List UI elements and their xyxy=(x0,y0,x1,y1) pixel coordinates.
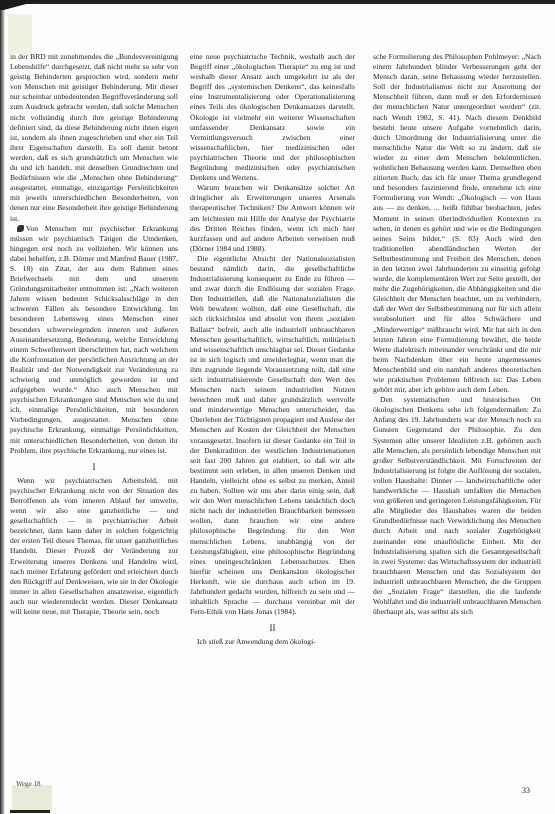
paragraph: Die eigentliche Absicht der Nationalsozi… xyxy=(190,254,355,617)
footer-source: Wege 18 xyxy=(16,780,41,788)
paragraph: Ich stieß zur Anwendung dem ökologi- xyxy=(190,637,355,647)
page-number: 33 xyxy=(522,786,530,795)
paragraph: Den systematischen und historischen Ort … xyxy=(373,395,541,617)
paper-stain xyxy=(12,785,52,811)
scan-bottom-edge xyxy=(10,810,50,813)
text-column-right: sche Formulierung des Philosophen Pohlme… xyxy=(373,52,541,617)
paper-stain xyxy=(8,14,32,54)
paragraph-marker-icon xyxy=(17,225,24,232)
paragraph: Von Menschen mit psychischer Erkrankung … xyxy=(10,224,178,456)
paragraph: Warum brauchen wir Denkansätze solcher A… xyxy=(190,183,355,254)
section-heading: I xyxy=(10,460,178,474)
paragraph: sche Formulierung des Philosophen Pohlme… xyxy=(373,52,541,395)
paragraph: Wenn wir psychiatrischen Arbeitsfeld, mi… xyxy=(10,476,178,617)
paragraph-text: Von Menschen mit psychischer Erkrankung … xyxy=(10,224,178,455)
book-binding-shadow xyxy=(0,10,5,814)
paragraph: in der BRD mit zunehmendes die „Bundesve… xyxy=(10,52,178,224)
section-heading: II xyxy=(190,621,355,635)
scan-top-edge xyxy=(0,0,555,8)
text-column-left: in der BRD mit zunehmendes die „Bundesve… xyxy=(10,52,178,617)
text-column-middle: eine neue psychiatrische Technik, weshal… xyxy=(190,52,355,647)
paragraph: eine neue psychiatrische Technik, weshal… xyxy=(190,52,355,183)
